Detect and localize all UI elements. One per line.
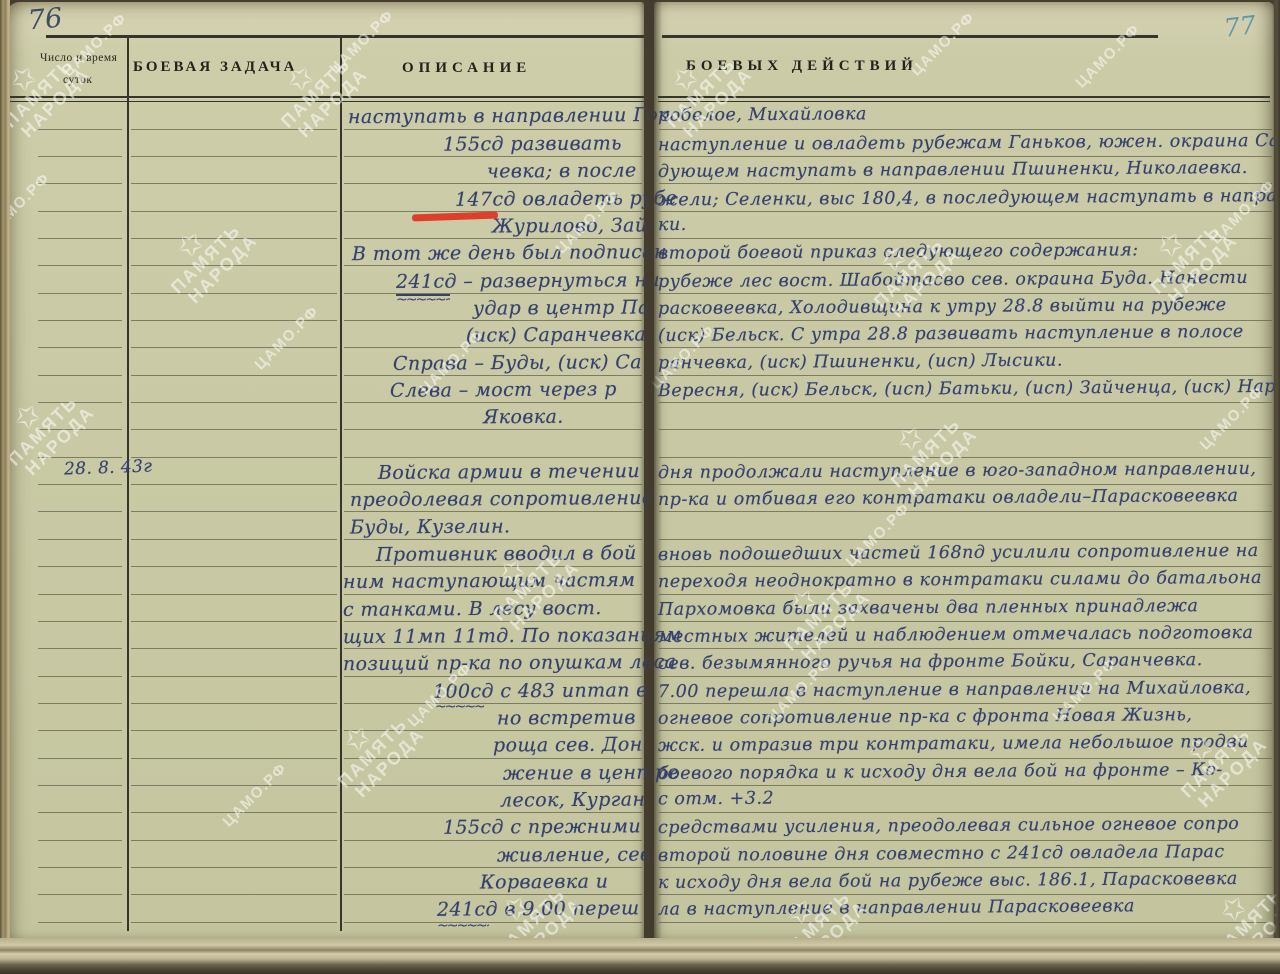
ruled-line [131,429,337,430]
ruled-line [131,676,337,677]
ruled-line [131,812,337,813]
ruled-line [659,402,1272,403]
ruled-line [131,265,337,266]
ruled-line [344,621,642,622]
ruled-line [659,320,1272,321]
ruled-line [659,621,1272,622]
table-border-line [10,101,644,102]
handwritten-line: с отм. +3.2 [658,789,774,810]
ruled-line [38,812,122,813]
ruled-line [131,375,337,376]
handwritten-line: второй боевой приказ следующего содержан… [658,240,1139,263]
page-stack-bottom-edge [0,938,1280,974]
ruled-line [344,347,642,348]
handwritten-line: с танками. В лесу вост. [343,597,602,621]
handwritten-line: второй половине дня совместно с 241сд ов… [658,842,1225,866]
ruled-line [344,457,642,458]
ruled-line [38,894,122,895]
ruled-line [659,594,1272,595]
ruled-line [131,566,337,567]
handwritten-line: ним наступающим частям [343,569,635,593]
table-border-line [662,35,1158,38]
ruled-line [131,293,337,294]
ruled-line [659,265,1272,266]
ruled-line [131,511,337,512]
handwritten-line: 155сд с прежними [443,815,641,838]
ruled-line [659,840,1272,841]
handwritten-line: но встретив [497,707,636,730]
ruled-line [659,566,1272,567]
ruled-line [659,156,1272,157]
ruled-line [38,511,122,512]
handwritten-line: (иск) Саранчевка, [466,323,653,346]
ink-underline [396,294,450,296]
handwritten-line: наступать в направлении Гок [348,104,670,128]
ruled-line [659,238,1272,239]
ruled-line [659,183,1272,184]
ruled-line [659,375,1272,376]
ruled-line [131,539,337,540]
ruled-line [659,676,1272,677]
ruled-line [344,922,642,923]
handwritten-line: переходя неоднократно в контратаки силам… [658,568,1262,592]
ruled-line [131,156,337,157]
ink-wavy-underline: ~~~~~~~~~~~ [437,923,489,932]
ruled-line [38,676,122,677]
ruled-line [344,183,642,184]
ruled-line [38,539,122,540]
handwritten-line: расковеевка, Холодивщина к утру 28.8 вый… [658,295,1227,319]
handwritten-line: 100сд с 483 иптап в [433,679,648,702]
handwritten-line: Яковка. [483,406,564,429]
ruled-line [344,265,642,266]
handwritten-line: наступление и овладеть рубежам Ганьков, … [658,131,1280,156]
ruled-line [131,730,337,731]
handwritten-line: чевка; в после [487,159,637,182]
column-header-description: ОПИСАНИЕ [402,60,531,77]
ruled-line [131,922,337,923]
ruled-line [344,293,642,294]
ruled-line [38,785,122,786]
table-border-line [127,36,129,931]
column-header-description-cont: БОЕВЫХ ДЕЙСТВИЙ [686,58,918,75]
ruled-line [38,347,122,348]
handwritten-line: 241сд – развернуться ни [396,269,660,293]
handwritten-line: Справа – Буды, (иск) Са [393,351,642,375]
ruled-line [131,402,337,403]
ruled-line [659,211,1272,212]
handwritten-line: дующем наступать в направлении Пшиненки,… [658,158,1248,182]
handwritten-line: робелое, Михайловка [658,104,867,125]
handwritten-line: В тот же день был подписан [352,241,667,265]
page-number-right: 77 [1222,10,1257,43]
ruled-line [131,484,337,485]
ruled-line [38,648,122,649]
handwritten-line: пр-ка и отбивая его контратаки овладели–… [658,486,1239,510]
table-border-line [340,36,342,931]
ruled-line [344,511,642,512]
ruled-line [38,129,122,130]
ruled-line [344,730,642,731]
ruled-line [659,812,1272,813]
ruled-line [659,484,1272,485]
ruled-line [659,867,1272,868]
handwritten-line: дня продолжали наступление в юго-западно… [658,459,1257,483]
handwritten-line: преодолевая сопротивление [350,487,654,511]
handwritten-line: средствами усиления, преодолевая сильное… [658,814,1239,838]
ruled-line [38,703,122,704]
handwritten-line: живление, сев [497,843,652,866]
ruled-line [38,594,122,595]
column-header-task: БОЕВАЯ ЗАДАЧА [133,59,297,76]
page-gutter-shadow [640,0,662,948]
ruled-line [344,648,642,649]
ruled-line [38,758,122,759]
ruled-line [659,785,1272,786]
ruled-line [38,402,122,403]
page-right-edge [1272,0,1280,974]
handwritten-line: сев. безымянного ручья на фронте Бойки, … [658,650,1203,674]
ruled-line [344,539,642,540]
ruled-line [659,894,1272,895]
ruled-line [131,347,337,348]
date-cell-entry: 28. 8. 43г [64,456,153,479]
handwritten-line: удар в центр Па [473,296,650,319]
ruled-line [38,375,122,376]
handwritten-line: Войска армии в течении [378,460,640,484]
ruled-line [131,867,337,868]
ruled-line [38,211,122,212]
ruled-line [131,238,337,239]
handwritten-line: роща сев. Дон [493,733,643,756]
journal-scan: Число и время суток БОЕВАЯ ЗАДАЧА ОПИСАН… [0,0,1280,974]
ruled-line [38,867,122,868]
ruled-line [38,238,122,239]
handwritten-line: лесок, Курган [500,788,646,811]
ruled-line [344,594,642,595]
ruled-line [659,539,1272,540]
ruled-line [659,511,1272,512]
ruled-line [659,703,1272,704]
ruled-line [131,211,337,212]
page-number-left: 76 [27,3,64,37]
ruled-line [131,129,337,130]
handwritten-line: Буды, Кузелин. [350,515,511,538]
handwritten-line: Пархомовка были захвачены два пленных пр… [658,596,1198,620]
ruled-line [344,375,642,376]
ruled-line [659,293,1272,294]
handwritten-line: Журилово, Зай [492,214,648,237]
ruled-line [38,484,122,485]
ruled-line [38,320,122,321]
ruled-line [131,183,337,184]
ruled-line [344,156,642,157]
handwritten-line: местных жителей и наблюдением отмечалась… [658,623,1254,647]
table-border-line [658,96,1270,98]
ink-wavy-underline: ~~~~~~~~~~ [435,704,485,713]
handwritten-line: 241сд в 9.00 переш [437,897,640,920]
ruled-line [131,621,337,622]
column-header-datetime-line1: Число и время [40,52,117,64]
ruled-line [344,758,642,759]
ruled-line [131,457,337,458]
handwritten-line: ранчевка, (иск) Пшиненки, (исп) Лысики. [658,351,1063,374]
ruled-line [344,867,642,868]
ruled-line [38,156,122,157]
handwritten-line: позиций пр-ка по опушкам леса [343,651,677,675]
ruled-line [38,429,122,430]
ruled-line [659,758,1272,759]
handwritten-line: рубеже лес вост. Шабойтасво сев. окраина… [658,268,1248,292]
handwritten-line: 7.00 перешла в наступление в направлении… [658,678,1251,702]
ruled-line [659,730,1272,731]
table-border-line [46,35,644,38]
page-stack-left-edge [0,0,10,974]
ruled-line [131,758,337,759]
ruled-line [659,457,1272,458]
handwritten-line: боевого порядка и к исходу дня вела бой … [658,760,1223,784]
ruled-line [344,894,642,895]
ruled-line [131,703,337,704]
ruled-line [38,922,122,923]
table-border-line [10,96,644,98]
handwritten-line: жск. и отразив три контратаки, имела неб… [658,732,1249,756]
ruled-line [344,429,642,430]
ruled-line [659,648,1272,649]
handwritten-line: к исходу дня вела бой на рубеже выс. 186… [658,869,1238,893]
handwritten-line: Слева – мост через р [390,378,617,402]
ruled-line [344,402,642,403]
ruled-line [131,594,337,595]
ruled-line [131,785,337,786]
ruled-line [38,730,122,731]
ruled-line [659,347,1272,348]
ruled-line [344,484,642,485]
ruled-line [38,293,122,294]
ruled-line [344,785,642,786]
ruled-line [344,812,642,813]
ruled-line [38,265,122,266]
ruled-line [38,840,122,841]
handwritten-line: огневое сопротивление пр-ка с фронта Нов… [658,705,1193,729]
handwritten-line: вновь подошедших частей 168пд усилили со… [658,541,1259,565]
ruled-line [38,621,122,622]
handwritten-line: 155сд развивать [443,132,622,155]
ruled-line [659,129,1272,130]
column-header-datetime-line2: суток [63,74,92,86]
ruled-line [131,648,337,649]
ruled-line [38,183,122,184]
ruled-line [659,429,1272,430]
ruled-line [344,320,642,321]
ruled-line [38,566,122,567]
ink-wavy-underline: ~~~~~~~~~~~ [396,297,450,306]
ruled-line [344,566,642,567]
ruled-line [659,922,1272,923]
handwritten-line: щих 11мп 11тд. По показаниям [343,624,682,648]
handwritten-line: Противник вводил в бой [376,542,637,566]
ruled-line [344,840,642,841]
ruled-line [131,320,337,321]
ruled-line [131,840,337,841]
handwritten-line: ки. [658,215,687,235]
handwritten-line: Корваевка и [480,871,609,894]
handwritten-line: ла в наступление в направлении Параскове… [658,896,1135,919]
ruled-line [344,703,642,704]
ruled-line [344,238,642,239]
table-border-line [658,101,1270,102]
handwritten-line: (иск) Бельск. С утра 28.8 развивать наст… [658,322,1244,346]
ruled-line [344,676,642,677]
ruled-line [344,129,642,130]
ruled-line [131,894,337,895]
handwritten-line: жели; Селенки, выс 180,4, в последующем … [658,186,1280,211]
